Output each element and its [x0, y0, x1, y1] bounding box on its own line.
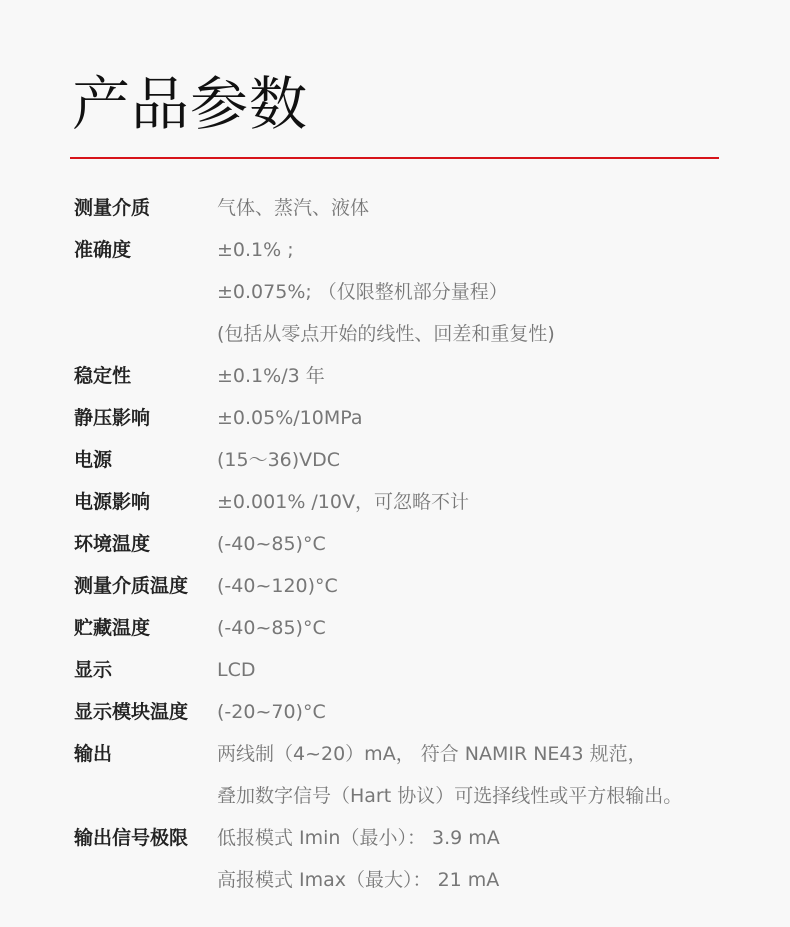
spec-label: 输出信号极限 — [74, 817, 217, 859]
spec-label: 显示模块温度 — [74, 691, 217, 733]
spec-value: 气体、蒸汽、液体 — [217, 187, 754, 229]
spec-row-power-effect: 电源影响 ±0.001% /10V，可忽略不计 — [74, 481, 754, 523]
spec-row-output: 输出 两线制（4~20）mA， 符合 NAMIR NE43 规范， 叠加数字信号… — [74, 733, 754, 817]
spec-label: 电源影响 — [74, 481, 217, 523]
spec-row-output-limits: 输出信号极限 低报模式 Imin（最小）： 3.9 mA 高报模式 Imax（最… — [74, 817, 754, 901]
spec-row-medium: 测量介质 气体、蒸汽、液体 — [74, 187, 754, 229]
spec-value: 叠加数字信号（Hart 协议）可选择线性或平方根输出。 — [217, 775, 754, 817]
spec-row-storage-temp: 贮藏温度 (-40~85)°C — [74, 607, 754, 649]
spec-row-display-temp: 显示模块温度 (-20~70)°C — [74, 691, 754, 733]
title-divider — [70, 157, 719, 159]
spec-label: 测量介质 — [74, 187, 217, 229]
spec-label: 测量介质温度 — [74, 565, 217, 607]
spec-row-medium-temp: 测量介质温度 (-40~120)°C — [74, 565, 754, 607]
spec-value: 低报模式 Imin（最小）： 3.9 mA — [217, 817, 754, 859]
spec-value: ±0.075%; （仅限整机部分量程） — [217, 271, 754, 313]
spec-value: 高报模式 Imax（最大）： 21 mA — [217, 859, 754, 901]
spec-table: 测量介质 气体、蒸汽、液体 准确度 ±0.1% ; ±0.075%; （仅限整机… — [74, 187, 754, 901]
spec-label: 电源 — [74, 439, 217, 481]
spec-label: 稳定性 — [74, 355, 217, 397]
spec-value: 两线制（4~20）mA， 符合 NAMIR NE43 规范， — [217, 733, 754, 775]
spec-value: (-40~85)°C — [217, 523, 754, 565]
spec-value: (-40~120)°C — [217, 565, 754, 607]
spec-row-display: 显示 LCD — [74, 649, 754, 691]
spec-row-accuracy: 准确度 ±0.1% ; ±0.075%; （仅限整机部分量程） (包括从零点开始… — [74, 229, 754, 355]
spec-value: ±0.05%/10MPa — [217, 397, 754, 439]
spec-row-ambient-temp: 环境温度 (-40~85)°C — [74, 523, 754, 565]
spec-value: ±0.001% /10V，可忽略不计 — [217, 481, 754, 523]
spec-label: 显示 — [74, 649, 217, 691]
spec-row-stability: 稳定性 ±0.1%/3 年 — [74, 355, 754, 397]
spec-value: LCD — [217, 649, 754, 691]
spec-label: 静压影响 — [74, 397, 217, 439]
spec-value: (包括从零点开始的线性、回差和重复性) — [217, 313, 754, 355]
spec-row-static-pressure: 静压影响 ±0.05%/10MPa — [74, 397, 754, 439]
spec-label: 环境温度 — [74, 523, 217, 565]
spec-row-power: 电源 (15～36)VDC — [74, 439, 754, 481]
spec-value: (-40~85)°C — [217, 607, 754, 649]
spec-value: (15～36)VDC — [217, 439, 754, 481]
spec-value: (-20~70)°C — [217, 691, 754, 733]
spec-label: 输出 — [74, 733, 217, 775]
spec-label: 贮藏温度 — [74, 607, 217, 649]
page-title: 产品参数 — [72, 64, 308, 144]
spec-value: ±0.1%/3 年 — [217, 355, 754, 397]
spec-label: 准确度 — [74, 229, 217, 271]
spec-value: ±0.1% ; — [217, 229, 754, 271]
